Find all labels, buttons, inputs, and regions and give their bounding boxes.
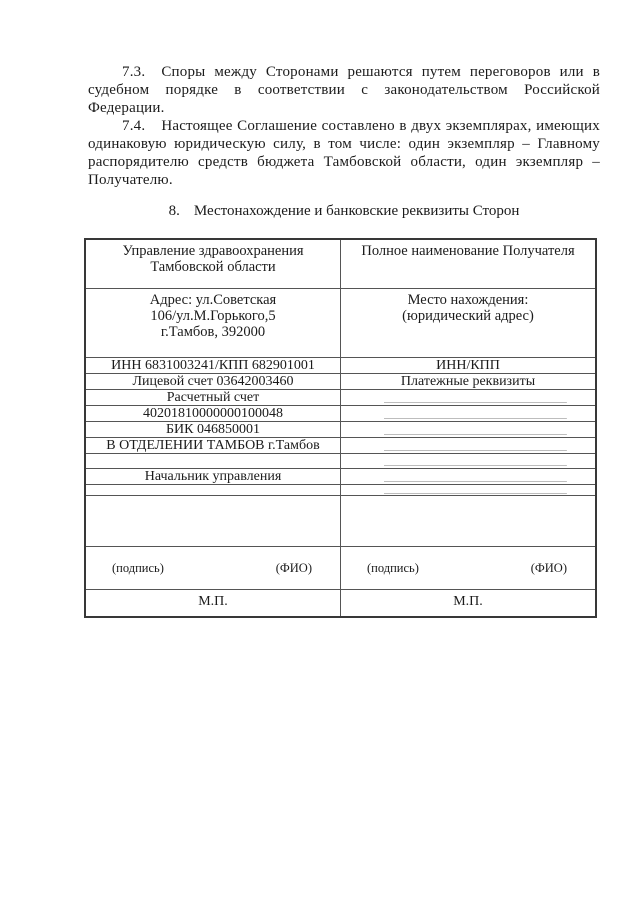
bik-cell: БИК 046850001	[85, 422, 341, 438]
fio-label: (ФИО)	[531, 561, 567, 575]
table-row-bik: БИК 046850001	[85, 422, 596, 438]
address-cell: Адрес: ул.Советская 106/ул.М.Горького,5 …	[85, 289, 341, 358]
empty-cell	[85, 485, 341, 496]
header-cell-left: Управление здравоохранения Тамбовской об…	[85, 239, 341, 289]
empty-cell	[341, 485, 597, 496]
document-page: 7.3.Споры между Сторонами решаются путем…	[0, 0, 640, 905]
paragraph-7-4-number: 7.4.	[122, 118, 161, 134]
chief-title-cell: Начальник управления	[85, 469, 341, 485]
table-row-address: Адрес: ул.Советская 106/ул.М.Горького,5 …	[85, 289, 596, 358]
table-row-personal-account: Лицевой счет 03642003460 Платежные рекви…	[85, 374, 596, 390]
empty-cell	[341, 469, 597, 485]
table-row-signature-line: / /	[85, 496, 596, 547]
empty-cell	[341, 422, 597, 438]
table-row-stamp: М.П. М.П.	[85, 590, 596, 618]
table-row-chief: Начальник управления	[85, 469, 596, 485]
table-row-empty-1	[85, 454, 596, 469]
paragraph-7-3-text: Споры между Сторонами решаются путем пер…	[88, 64, 600, 116]
paragraph-7-4: 7.4.Настоящее Соглашение составлено в дв…	[88, 117, 600, 189]
stamp-cell-left: М.П.	[85, 590, 341, 618]
signature-line-cell-right: /	[341, 496, 597, 547]
signature-labels-cell-right: (подпись) (ФИО)	[341, 547, 597, 590]
signature-line: /	[92, 512, 334, 547]
table-row-empty-2	[85, 485, 596, 496]
location-cell: Место нахождения: (юридический адрес)	[341, 289, 597, 358]
bank-branch-cell: В ОТДЕЛЕНИИ ТАМБОВ г.Тамбов	[85, 438, 341, 454]
signature-line: /	[347, 512, 589, 547]
section-8-title: Местонахождение и банковские реквизиты С…	[194, 203, 520, 219]
paragraph-7-4-text: Настоящее Соглашение составлено в двух э…	[88, 118, 600, 188]
paragraph-7-3-number: 7.3.	[122, 64, 161, 80]
signature-labels: (подпись) (ФИО)	[86, 561, 340, 575]
table-row-settlement-account-number: 40201810000000100048	[85, 406, 596, 422]
document-content: 7.3.Споры между Сторонами решаются путем…	[88, 63, 600, 618]
table-row-inn: ИНН 6831003241/КПП 682901001 ИНН/КПП	[85, 358, 596, 374]
table-row-header: Управление здравоохранения Тамбовской об…	[85, 239, 596, 289]
paragraph-7-3: 7.3.Споры между Сторонами решаются путем…	[88, 63, 600, 117]
sign-label: (подпись)	[367, 561, 419, 575]
signature-labels: (подпись) (ФИО)	[341, 561, 595, 575]
table-row-signature-labels: (подпись) (ФИО) (подпись) (ФИО)	[85, 547, 596, 590]
empty-cell	[341, 454, 597, 469]
inn-kpp-label-cell: ИНН/КПП	[341, 358, 597, 374]
stamp-cell-right: М.П.	[341, 590, 597, 618]
header-cell-right: Полное наименование Получателя	[341, 239, 597, 289]
signature-labels-cell-left: (подпись) (ФИО)	[85, 547, 341, 590]
inn-value-cell: ИНН 6831003241/КПП 682901001	[85, 358, 341, 374]
fio-label: (ФИО)	[276, 561, 312, 575]
section-8-number: 8.	[169, 203, 194, 219]
empty-cell	[85, 454, 341, 469]
empty-cell	[341, 406, 597, 422]
section-8-heading: 8.Местонахождение и банковские реквизиты…	[88, 202, 600, 220]
signature-line-cell-left: /	[85, 496, 341, 547]
empty-cell	[341, 438, 597, 454]
sign-label: (подпись)	[112, 561, 164, 575]
empty-cell	[341, 390, 597, 406]
settlement-account-label-cell: Расчетный счет	[85, 390, 341, 406]
settlement-account-number-cell: 40201810000000100048	[85, 406, 341, 422]
table-row-settlement-account-label: Расчетный счет	[85, 390, 596, 406]
requisites-table: Управление здравоохранения Тамбовской об…	[84, 238, 597, 618]
table-row-bank-branch: В ОТДЕЛЕНИИ ТАМБОВ г.Тамбов	[85, 438, 596, 454]
payment-requisites-label-cell: Платежные реквизиты	[341, 374, 597, 390]
personal-account-cell: Лицевой счет 03642003460	[85, 374, 341, 390]
